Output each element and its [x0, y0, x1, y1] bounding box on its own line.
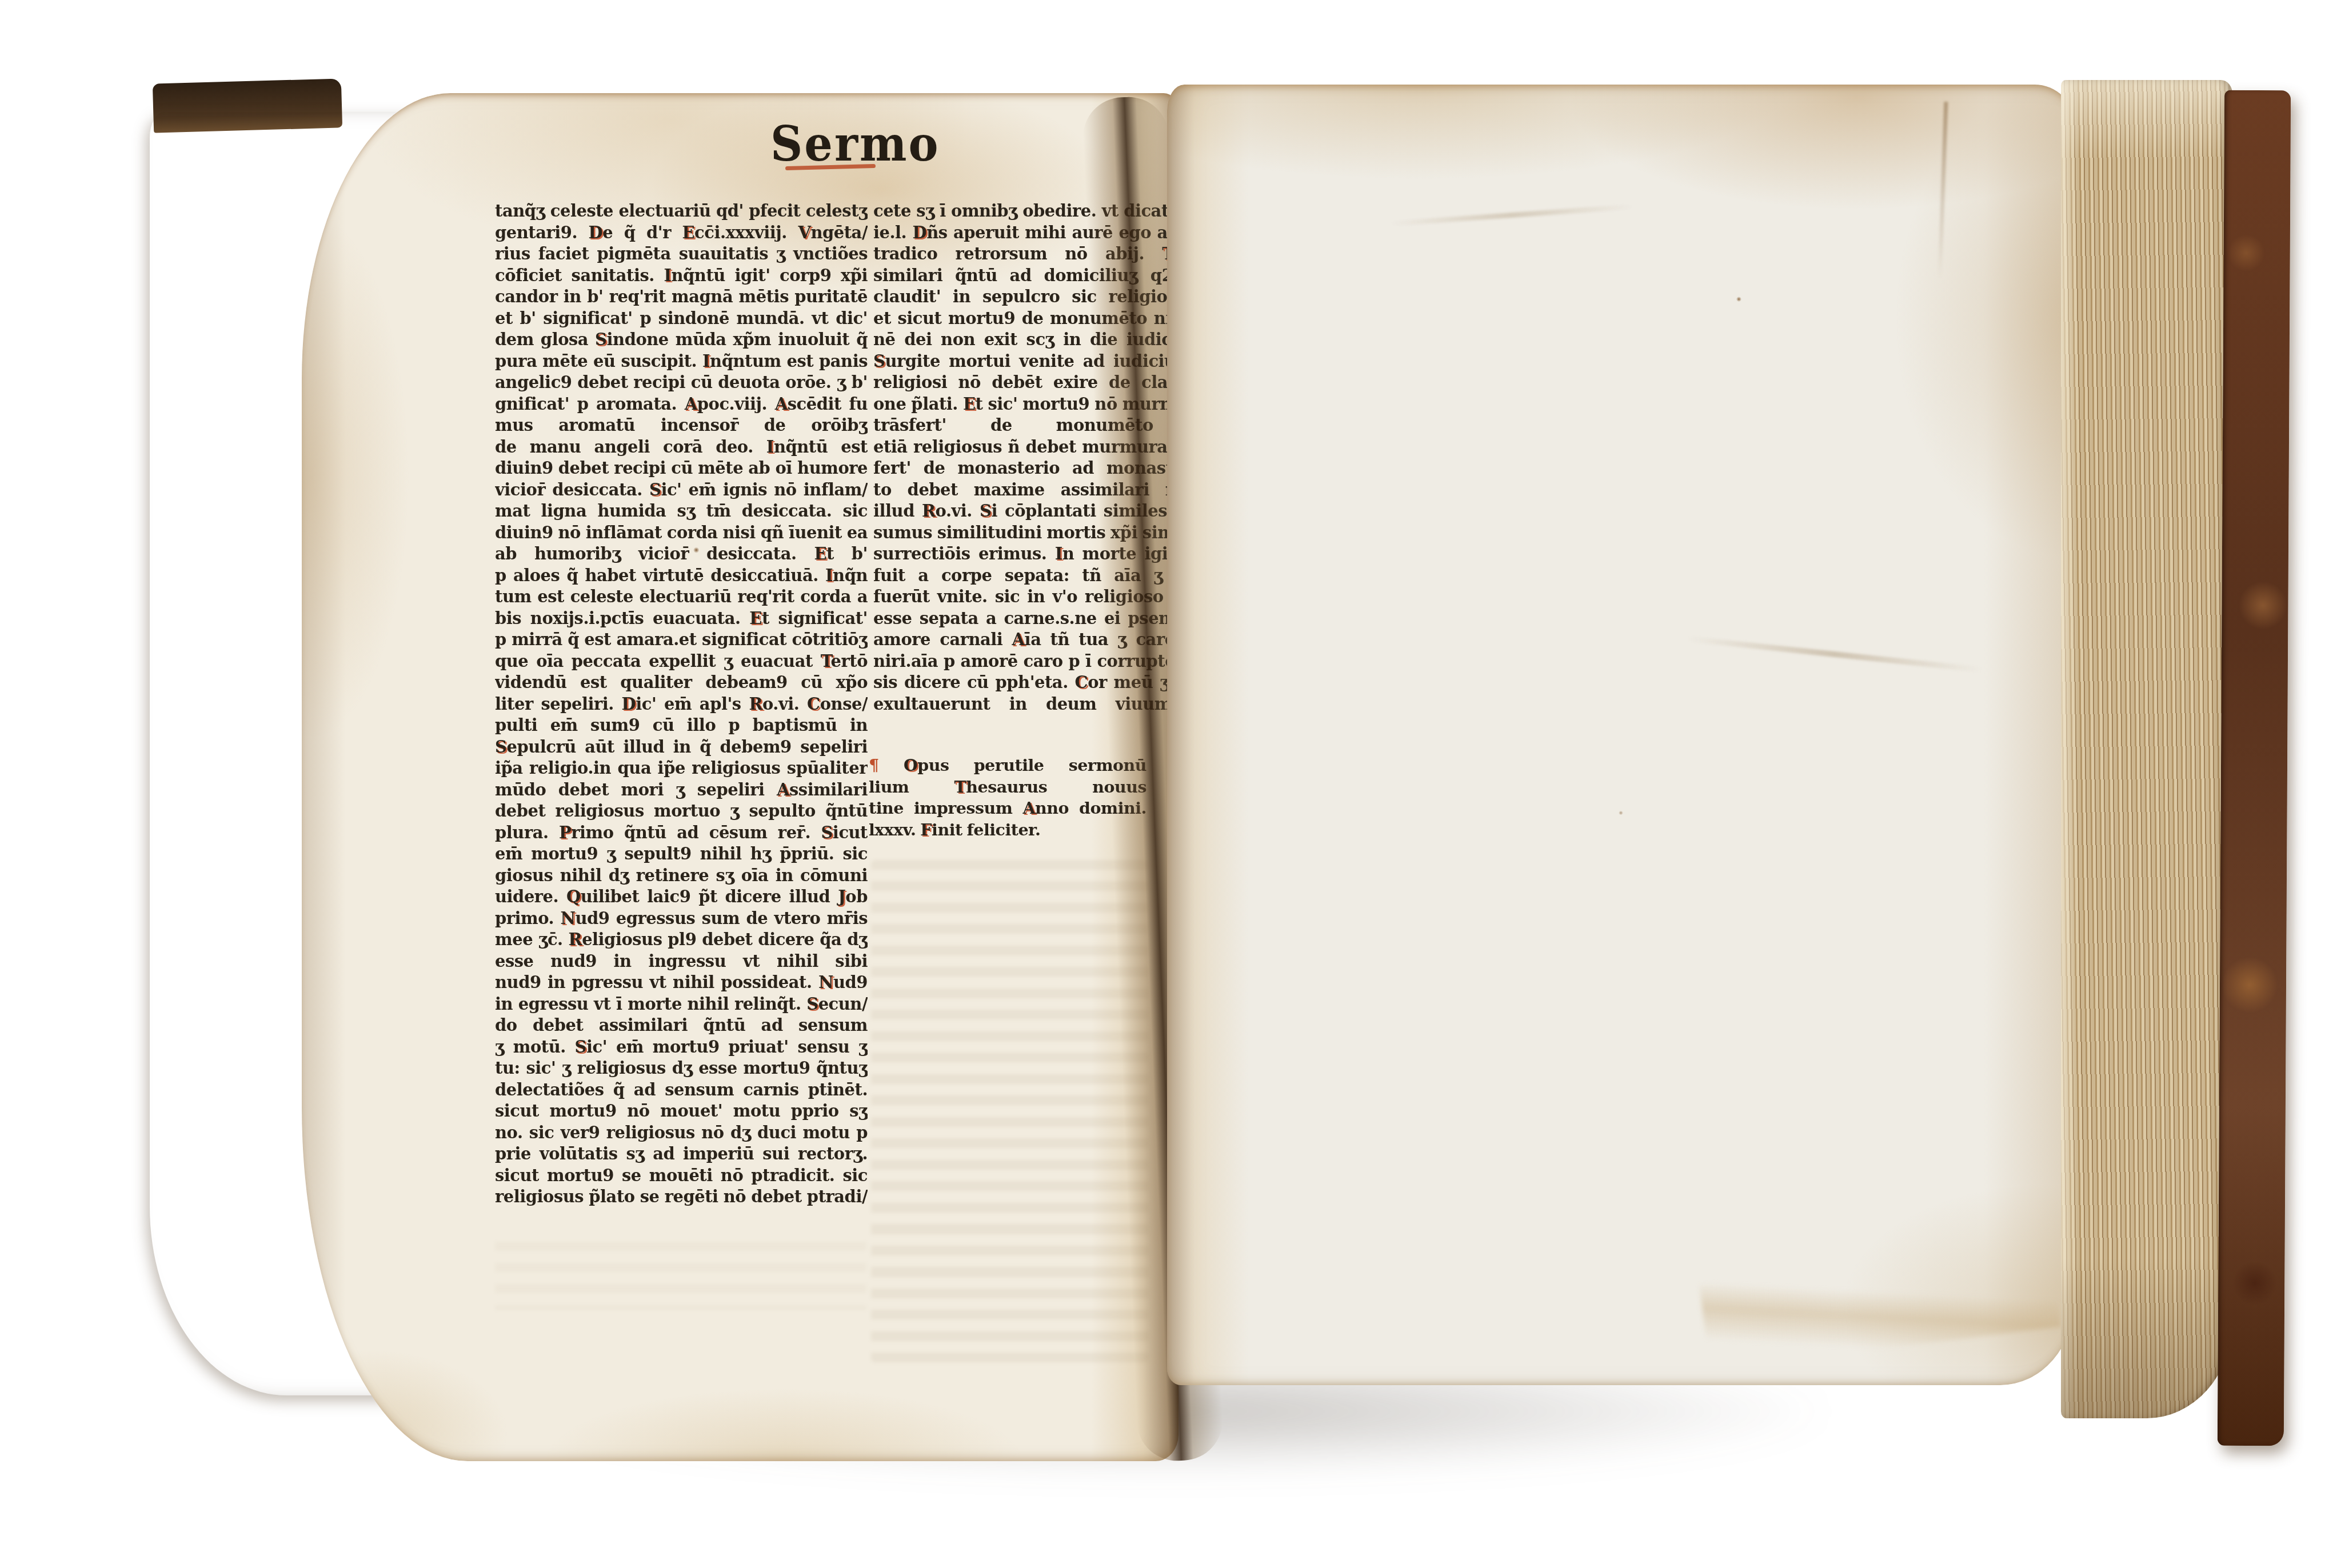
text-line: lium Thesaurus nouus nuncupatū Argē: [869, 777, 1146, 798]
text-line: delectatiões q̃ ad sensum carnis ptinēt.…: [495, 1079, 868, 1101]
colophon: ¶ Opus perutile sermonū quadragesimalium…: [869, 755, 1146, 841]
text-line: pura mēte eū suscipit. Inq̃ntum est pani…: [495, 351, 868, 373]
text-line: sicut mortu9 se mouēti nō ptradicit. sic…: [495, 1165, 868, 1187]
text-line: em̄ mortu9 ʒ sepult9 nihil hʒ p̄priū. si…: [495, 843, 868, 865]
text-line: que oīa peccata expellit ʒ euacuat Tertō: [495, 651, 868, 673]
show-through-text-ghost: [871, 860, 1149, 1363]
text-line: p aloes q̃ habet virtutē desiccatiuā. In…: [495, 565, 868, 587]
text-line: religiosus p̃lato se regēti nō debet ptr…: [495, 1186, 868, 1208]
text-line: pulti em̄ sum9 cū illo p baptismū in mor…: [495, 715, 868, 737]
text-line: candor in b' req'rit magnā mētis puritat…: [495, 286, 868, 308]
text-line: ʒ motū. Sic' em̄ mortu9 priuat' sensu ʒ …: [495, 1037, 868, 1058]
right-page-block-fore-edge: [2061, 80, 2232, 1418]
text-line: giosus nihil dʒ retinere sʒ oīa in cōmun…: [495, 865, 868, 887]
text-line: gnificat' p aromata. Apoc.viij. Ascēdit …: [495, 394, 868, 415]
text-line: rius faciet pigmēta suauitatis ʒ vnctiõe…: [495, 243, 868, 265]
text-line: mūdo debet mori ʒ sepeliri Assimilari au…: [495, 779, 868, 801]
text-line: prie volūtatis sʒ ad imperiū sui rectorʒ…: [495, 1143, 868, 1165]
text-line: tine impressum Anno domini. M.cccc.: [869, 798, 1146, 819]
printed-page: Sermo tanq̃ʒ celeste electuariū qd' pfec…: [302, 93, 1179, 1461]
text-line: diuin9 nō inflāmat corda nisi qñ īuenit …: [495, 522, 868, 544]
text-line: tanq̃ʒ celeste electuariū qd' pfecit cel…: [495, 201, 868, 222]
text-line: mat ligna humida sʒ tm̄ desiccata. sic i…: [495, 501, 868, 522]
text-line: in egressu vt ī morte nihil relinq̃t. Se…: [495, 994, 868, 1015]
text-line: ¶ Opus perutile sermonū quadragesima: [869, 755, 1146, 777]
text-line: no. sic ver9 religiosus nō dʒ duci motu …: [495, 1122, 868, 1144]
text-line: ip̃a religio.in qua ip̃e religiosus spūa…: [495, 758, 868, 779]
text-line: sicut mortu9 nō mouet' motu pprio sʒ ali…: [495, 1101, 868, 1122]
text-line: et b' significat' p sindonē mundā. vt di…: [495, 308, 868, 330]
text-line: mee ʒc̄. Religiosus pl9 debet dicere q̃a…: [495, 929, 868, 951]
text-line: angelic9 debet recipi cū deuota orōe. ʒ …: [495, 372, 868, 394]
text-line: dem glosa Sindone mūda xp̃m inuoluit q̃: [495, 329, 868, 351]
text-column-left: tanq̃ʒ celeste electuariū qd' pfecit cel…: [495, 201, 868, 1208]
text-line: debet religiosus mortuo ʒ sepulto q̃ntū …: [495, 801, 868, 822]
text-line: diuin9 debet recipi cū mēte ab oī humore: [495, 458, 868, 479]
text-line: do debet assimilari q̃ntū ad sensum carn…: [495, 1015, 868, 1037]
text-line: videndū est qualiter debeam9 cū xp̃o spū…: [495, 672, 868, 694]
text-line: esse nud9 in ingressu vt nihil sibi reti…: [495, 951, 868, 973]
text-line: Sepulcrū aūt illud in q̃ debem9 sepeliri…: [495, 737, 868, 758]
book-photograph: Sermo tanq̃ʒ celeste electuariū qd' pfec…: [0, 0, 2341, 1568]
text-line: ab humoribʒ vicior̄ desiccata. Et b' sig…: [495, 543, 868, 565]
text-line: bis noxijs.i.pctīs euacuata. Et signific…: [495, 608, 868, 630]
blank-facing-page: [1167, 85, 2075, 1385]
text-line: lxxxv. Finit feliciter.: [869, 819, 1146, 841]
text-line: plura. Primo q̃ntū ad cēsum rer̄. Sicut: [495, 822, 868, 844]
text-line: nud9 in pgressu vt nihil possideat. Nud9: [495, 972, 868, 994]
text-line: liter sepeliri. Dic' em̄ apl's Ro.vi. Co…: [495, 694, 868, 715]
text-line: uidere. Quilibet laic9 p̃t dicere illud …: [495, 886, 868, 908]
text-line: gentari9. De q̃ d'r Ecc̄i.xxxviij. Vngēt…: [495, 222, 868, 244]
text-line: tu: sic' ʒ religiosus dʒ esse mortu9 q̃n…: [495, 1058, 868, 1079]
show-through-text-ghost-left: [495, 1242, 866, 1310]
text-line: mus aromatū incensor̄ de orōibʒ sanctorū: [495, 415, 868, 437]
text-line: p mirrā q̃ est amara.et significat cōtri…: [495, 629, 868, 651]
text-line: tum est celeste electuariū req'rit corda…: [495, 586, 868, 608]
leather-cover-edge: [2218, 90, 2291, 1446]
text-line: de manu angeli corā deo. Inq̃ntū est car…: [495, 437, 868, 458]
text-line: vicior̄ desiccata. Sic' em̄ ignis nō inf…: [495, 479, 868, 501]
text-line: cōficiet sanitatis. Inq̃ntū igit' corp9 …: [495, 265, 868, 287]
text-line: primo. Nud9 egressus sum de vtero mr̄is: [495, 908, 868, 930]
